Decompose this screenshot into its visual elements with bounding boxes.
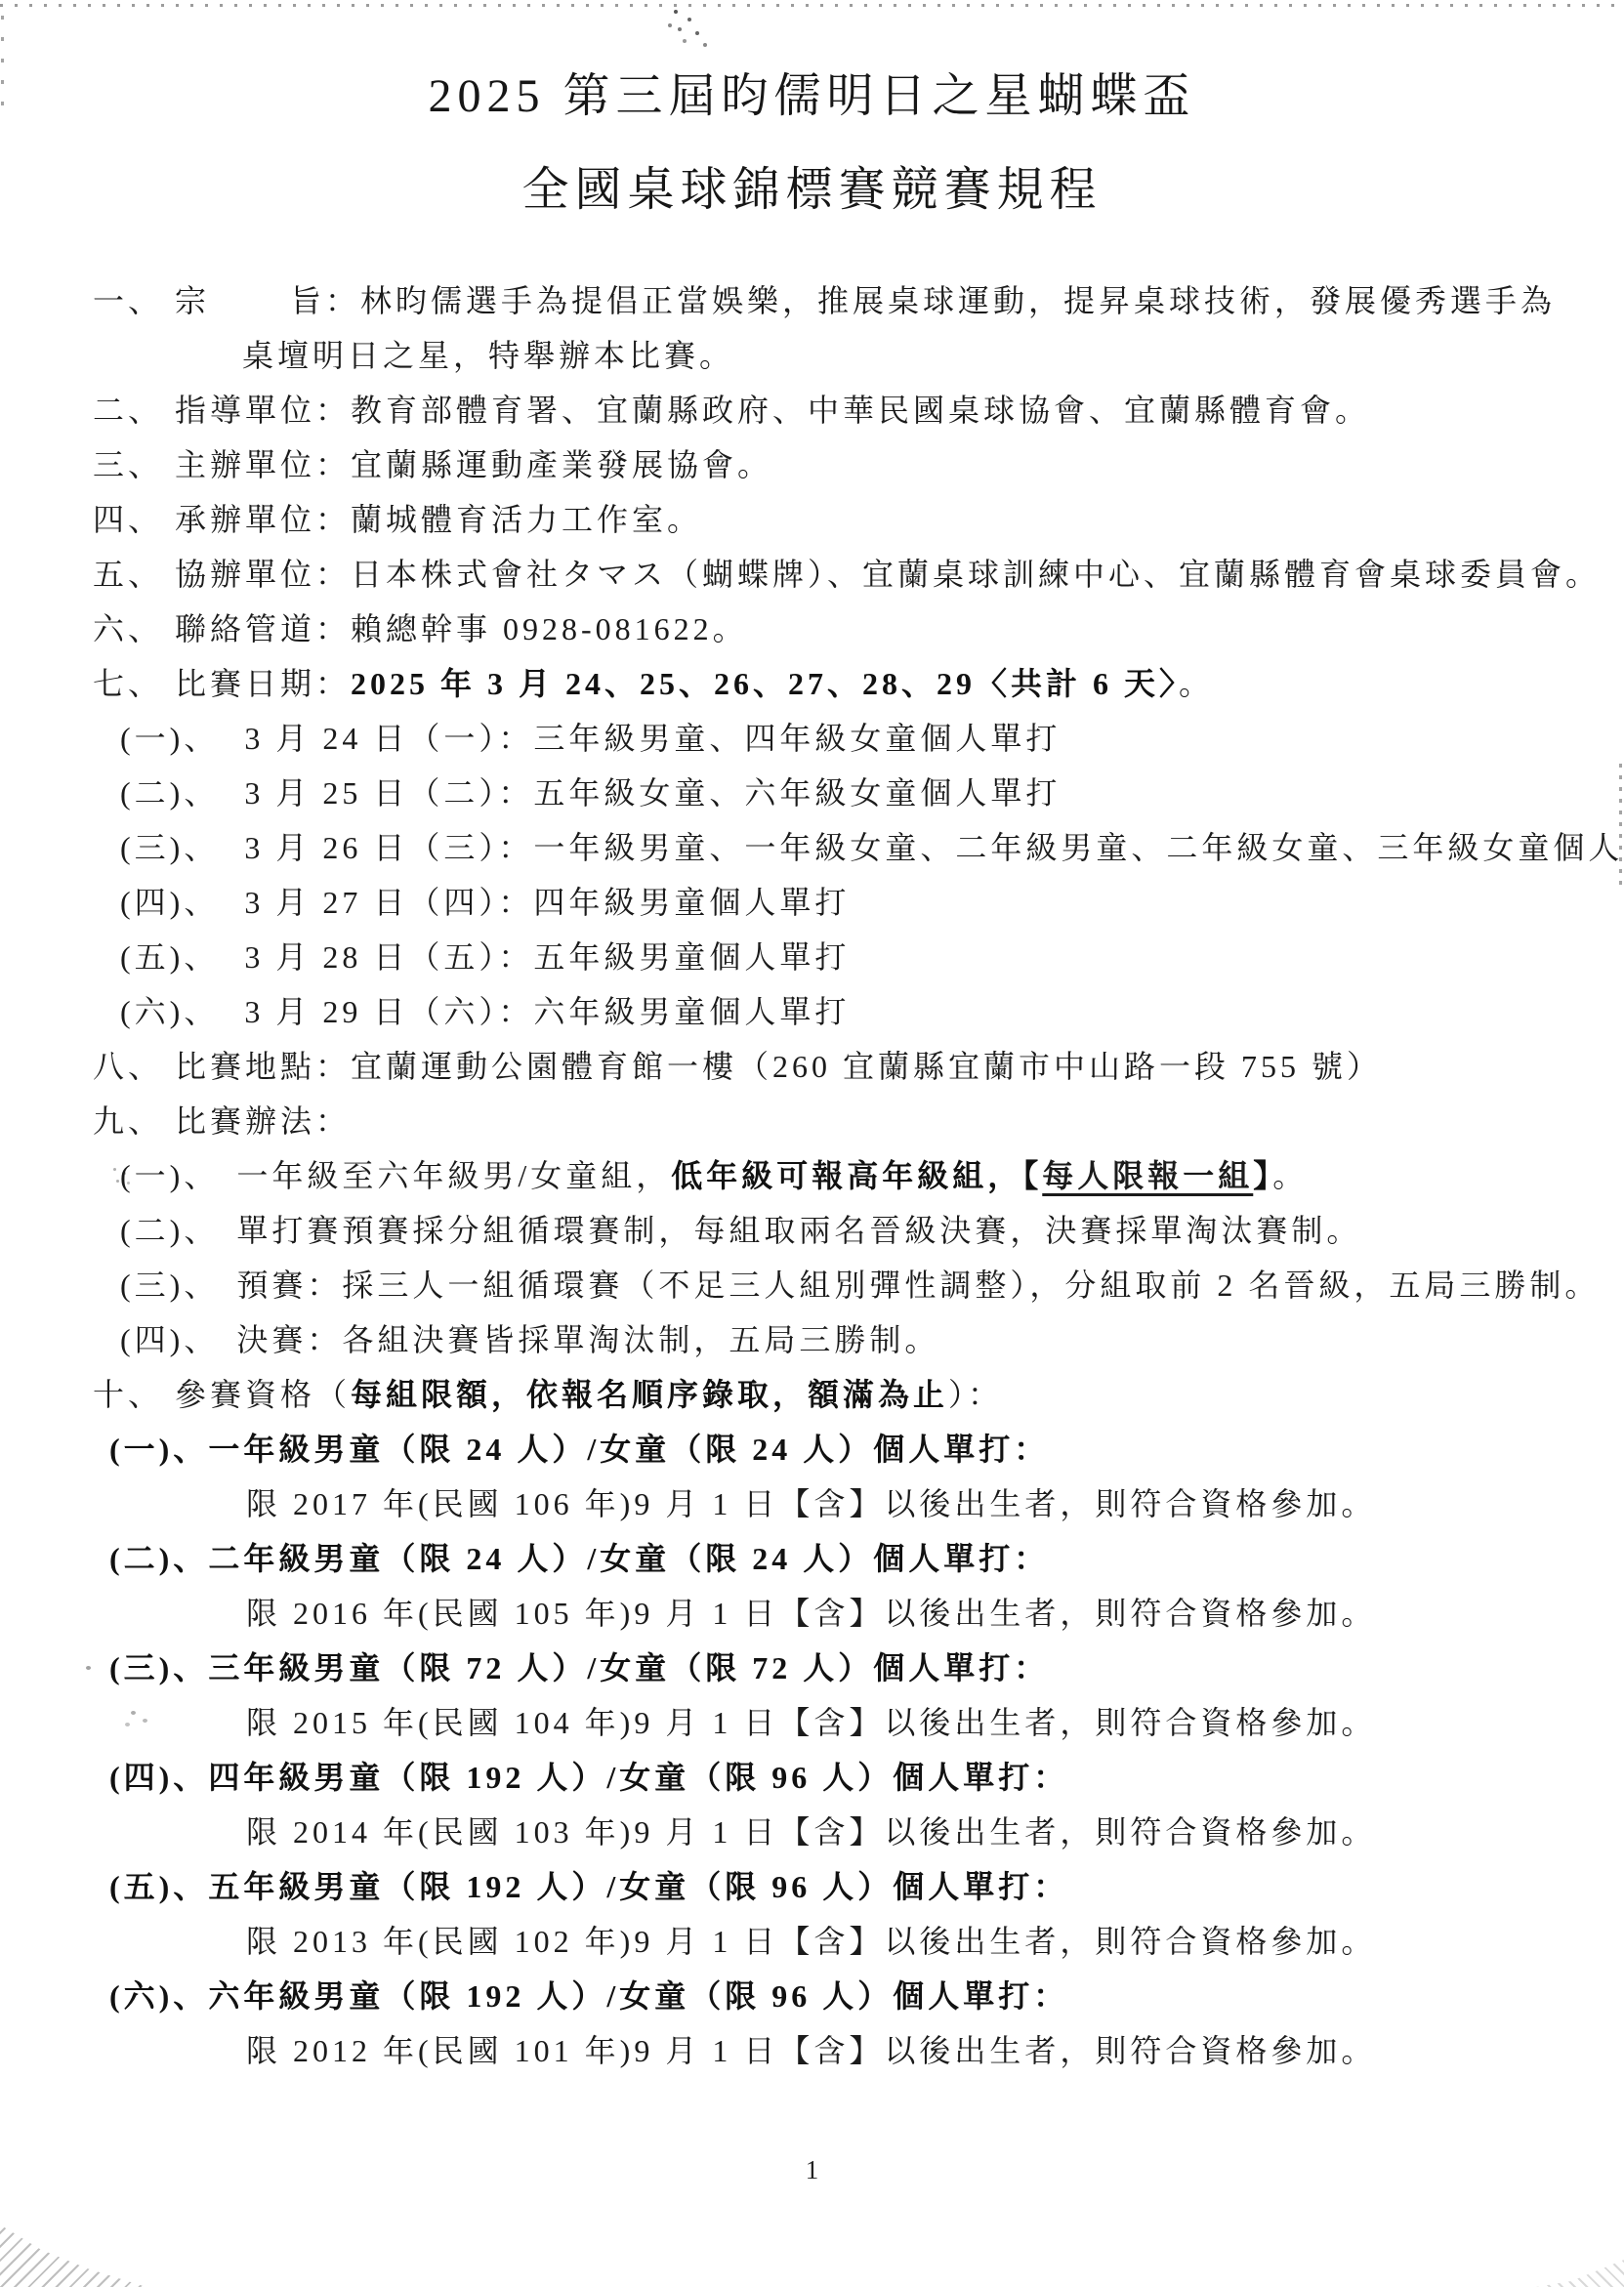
eligibility-group-4-heading: (四)、四年級男童（限 192 人）/女童（限 96 人）個人單打： <box>109 1750 1624 1805</box>
purpose-text-line2: 桌壇明日之星，特舉辦本比賽。 <box>242 338 734 373</box>
rules-item-1-bold: 低年級可報高年級組， <box>671 1158 1022 1193</box>
section-10-pre: 參賽資格（ <box>175 1377 351 1412</box>
section-8-venue: 八、比賽地點：宜蘭運動公園體育館一樓（260 宜蘭縣宜蘭市中山路一段 755 號… <box>93 1039 1624 1094</box>
purpose-text-line1: 林昀儒選手為提倡正當娛樂，推展桌球運動，提昇桌球技術，發展優秀選手為 <box>360 283 1556 318</box>
schedule-item-6-text: 3 月 29 日（六）：六年級男童個人單打 <box>244 994 850 1029</box>
eligibility-group-4-detail: 限 2014 年(民國 103 年)9 月 1 日【含】以後出生者，則符合資格參… <box>246 1805 1624 1859</box>
section-4-organizer-unit: 四、承辦單位：蘭城體育活力工作室。 <box>93 492 1624 547</box>
purpose-label-left: 宗 <box>175 283 210 318</box>
rules-item-1-pre: 一年級至六年級男/女童組， <box>236 1158 671 1193</box>
rules-item-3: (三)、預賽：採三人一組循環賽（不足三人組別彈性調整），分組取前 2 名晉級，五… <box>120 1258 1624 1312</box>
section-7-suffix: 。 <box>1179 666 1214 701</box>
section-5-text: 協辦單位：日本株式會社タマス（蝴蝶牌）、宜蘭桌球訓練中心、宜蘭縣體育會桌球委員會… <box>175 557 1601 592</box>
eligibility-group-6-heading: (六)、六年級男童（限 192 人）/女童（限 96 人）個人單打： <box>109 1969 1624 2023</box>
section-8-number: 八、 <box>93 1049 163 1084</box>
page-number: 1 <box>0 2155 1624 2185</box>
rules-item-1-underlined: 每人限報一組 <box>1042 1158 1253 1193</box>
schedule-item-2-number: (二)、 <box>120 775 219 811</box>
schedule-item-5-text: 3 月 28 日（五）：五年級男童個人單打 <box>244 939 850 975</box>
section-4-text: 承辦單位：蘭城體育活力工作室。 <box>175 502 702 537</box>
section-2-text: 指導單位：教育部體育署、宜蘭縣政府、中華民國桌球協會、宜蘭縣體育會。 <box>175 393 1370 428</box>
eligibility-group-4-detail-text: 限 2014 年(民國 103 年)9 月 1 日【含】以後出生者，則符合資格參… <box>246 1814 1376 1850</box>
scan-artifact-bottom-right-hatch <box>1536 2248 1624 2287</box>
section-6-number: 六、 <box>93 611 163 646</box>
scan-artifact-speck-cluster <box>674 10 678 14</box>
eligibility-group-1-heading: (一)、一年級男童（限 24 人）/女童（限 24 人）個人單打： <box>109 1422 1624 1476</box>
schedule-item-3: (三)、3 月 26 日（三）：一年級男童、一年級女童、二年級男童、二年級女童、… <box>120 820 1624 875</box>
section-3-number: 三、 <box>93 447 163 482</box>
section-5-coorganizer-unit: 五、協辦單位：日本株式會社タマス（蝴蝶牌）、宜蘭桌球訓練中心、宜蘭縣體育會桌球委… <box>93 547 1624 602</box>
schedule-item-1: (一)、3 月 24 日（一）：三年級男童、四年級女童個人單打 <box>120 711 1624 766</box>
rules-item-2-number: (二)、 <box>120 1213 219 1248</box>
eligibility-group-1-detail-text: 限 2017 年(民國 106 年)9 月 1 日【含】以後出生者，則符合資格參… <box>246 1486 1376 1521</box>
rules-item-3-text: 預賽：採三人一組循環賽（不足三人組別彈性調整），分組取前 2 名晉級，五局三勝制… <box>236 1268 1600 1303</box>
document-title-line1: 2025 第三屆昀儒明日之星蝴蝶盃 <box>0 66 1624 127</box>
schedule-item-4: (四)、3 月 27 日（四）：四年級男童個人單打 <box>120 875 1624 930</box>
rules-item-4-number: (四)、 <box>120 1322 219 1357</box>
schedule-item-1-number: (一)、 <box>120 721 219 756</box>
rules-item-1-number: (一)、 <box>120 1158 219 1193</box>
schedule-item-5-number: (五)、 <box>120 939 219 975</box>
section-9-rules-header: 九、比賽辦法： <box>93 1094 1624 1148</box>
schedule-item-6-number: (六)、 <box>120 994 219 1029</box>
eligibility-group-6-detail: 限 2012 年(民國 101 年)9 月 1 日【含】以後出生者，則符合資格參… <box>246 2023 1624 2078</box>
schedule-item-2-text: 3 月 25 日（二）：五年級女童、六年級女童個人單打 <box>244 775 1061 811</box>
schedule-item-5: (五)、3 月 28 日（五）：五年級男童個人單打 <box>120 930 1624 984</box>
section-1-purpose-line1: 一、宗旨：林昀儒選手為提倡正當娛樂，推展桌球運動，提昇桌球技術，發展優秀選手為 <box>93 273 1624 328</box>
eligibility-group-1-heading-text: (一)、一年級男童（限 24 人）/女童（限 24 人）個人單打： <box>109 1432 1049 1467</box>
eligibility-group-1-detail: 限 2017 年(民國 106 年)9 月 1 日【含】以後出生者，則符合資格參… <box>246 1476 1624 1531</box>
eligibility-group-3-detail: 限 2015 年(民國 104 年)9 月 1 日【含】以後出生者，則符合資格參… <box>246 1695 1624 1750</box>
rules-item-2-text: 單打賽預賽採分組循環賽制，每組取兩名晉級決賽，決賽採單淘汰賽制。 <box>236 1213 1361 1248</box>
eligibility-group-3-detail-text: 限 2015 年(民國 104 年)9 月 1 日【含】以後出生者，則符合資格參… <box>246 1705 1376 1740</box>
section-7-number: 七、 <box>93 666 163 701</box>
section-7-dates: 2025 年 3 月 24、25、26、27、28、29〈共計 6 天〉 <box>351 666 1179 701</box>
schedule-item-4-number: (四)、 <box>120 885 219 920</box>
section-6-text: 聯絡管道：賴總幹事 0928-081622。 <box>175 611 748 646</box>
eligibility-group-2-detail: 限 2016 年(民國 105 年)9 月 1 日【含】以後出生者，則符合資格參… <box>246 1586 1624 1641</box>
eligibility-group-5-heading: (五)、五年級男童（限 192 人）/女童（限 96 人）個人單打： <box>109 1859 1624 1914</box>
section-8-text: 比賽地點：宜蘭運動公園體育館一樓（260 宜蘭縣宜蘭市中山路一段 755 號） <box>175 1049 1382 1084</box>
eligibility-group-5-detail: 限 2013 年(民國 102 年)9 月 1 日【含】以後出生者，則符合資格參… <box>246 1914 1624 1969</box>
section-3-host-unit: 三、主辦單位：宜蘭縣運動產業發展協會。 <box>93 437 1624 492</box>
section-10-number: 十、 <box>93 1377 163 1412</box>
document-header: 2025 第三屆昀儒明日之星蝴蝶盃 全國桌球錦標賽競賽規程 <box>0 66 1624 254</box>
section-10-eligibility-header: 十、參賽資格（每組限額，依報名順序錄取，額滿為止）： <box>93 1367 1624 1422</box>
document-body: 一、宗旨：林昀儒選手為提倡正當娛樂，推展桌球運動，提昇桌球技術，發展優秀選手為 … <box>0 273 1624 2078</box>
section-1-number: 一、 <box>93 283 163 318</box>
section-9-number: 九、 <box>93 1103 163 1139</box>
eligibility-group-2-detail-text: 限 2016 年(民國 105 年)9 月 1 日【含】以後出生者，則符合資格參… <box>246 1596 1376 1631</box>
eligibility-group-4-heading-text: (四)、四年級男童（限 192 人）/女童（限 96 人）個人單打： <box>109 1760 1068 1795</box>
rules-item-1: (一)、一年級至六年級男/女童組，低年級可報高年級組，【每人限報一組】。 <box>120 1148 1624 1203</box>
section-6-contact: 六、聯絡管道：賴總幹事 0928-081622。 <box>93 602 1624 656</box>
eligibility-group-2-heading-text: (二)、二年級男童（限 24 人）/女童（限 24 人）個人單打： <box>109 1541 1049 1576</box>
document-title-line2: 全國桌球錦標賽競賽規程 <box>0 160 1624 221</box>
schedule-item-3-number: (三)、 <box>120 830 219 865</box>
schedule-item-6: (六)、3 月 29 日（六）：六年級男童個人單打 <box>120 984 1624 1039</box>
section-10-bold: 每組限額，依報名順序錄取，額滿為止 <box>351 1377 948 1412</box>
section-2-guidance-unit: 二、指導單位：教育部體育署、宜蘭縣政府、中華民國桌球協會、宜蘭縣體育會。 <box>93 383 1624 437</box>
rules-item-3-number: (三)、 <box>120 1268 219 1303</box>
rules-item-4: (四)、決賽：各組決賽皆採單淘汰制，五局三勝制。 <box>120 1312 1624 1367</box>
scanned-document-page: 2025 第三屆昀儒明日之星蝴蝶盃 全國桌球錦標賽競賽規程 一、宗旨：林昀儒選手… <box>0 0 1624 2287</box>
section-4-number: 四、 <box>93 502 163 537</box>
section-1-purpose-line2: 桌壇明日之星，特舉辦本比賽。 <box>242 328 1624 383</box>
eligibility-group-2-heading: (二)、二年級男童（限 24 人）/女童（限 24 人）個人單打： <box>109 1531 1624 1586</box>
rules-item-1-bracket-open: 【 <box>1022 1158 1042 1193</box>
section-3-text: 主辦單位：宜蘭縣運動產業發展協會。 <box>175 447 772 482</box>
eligibility-group-3-heading: (三)、三年級男童（限 72 人）/女童（限 72 人）個人單打： <box>109 1641 1624 1695</box>
rules-item-4-text: 決賽：各組決賽皆採單淘汰制，五局三勝制。 <box>236 1322 939 1357</box>
section-2-number: 二、 <box>93 393 163 428</box>
eligibility-group-3-heading-text: (三)、三年級男童（限 72 人）/女童（限 72 人）個人單打： <box>109 1650 1049 1685</box>
rules-item-1-suffix: 。 <box>1272 1158 1308 1193</box>
scan-artifact-top-dotted-line <box>0 4 1624 7</box>
scan-artifact-bottom-left-hatch <box>0 2204 146 2287</box>
purpose-label-right: 旨： <box>290 283 360 318</box>
schedule-item-1-text: 3 月 24 日（一）：三年級男童、四年級女童個人單打 <box>244 721 1061 756</box>
eligibility-group-6-heading-text: (六)、六年級男童（限 192 人）/女童（限 96 人）個人單打： <box>109 1978 1068 2014</box>
section-5-number: 五、 <box>93 557 163 592</box>
eligibility-group-5-heading-text: (五)、五年級男童（限 192 人）/女童（限 96 人）個人單打： <box>109 1869 1068 1904</box>
eligibility-group-6-detail-text: 限 2012 年(民國 101 年)9 月 1 日【含】以後出生者，則符合資格參… <box>246 2033 1376 2068</box>
eligibility-group-5-detail-text: 限 2013 年(民國 102 年)9 月 1 日【含】以後出生者，則符合資格參… <box>246 1924 1376 1959</box>
section-10-suffix: ）： <box>948 1377 1003 1412</box>
schedule-item-3-text: 3 月 26 日（三）：一年級男童、一年級女童、二年級男童、二年級女童、三年級女… <box>244 830 1624 865</box>
section-7-label: 比賽日期： <box>175 666 351 701</box>
schedule-item-4-text: 3 月 27 日（四）：四年級男童個人單打 <box>244 885 850 920</box>
rules-item-2: (二)、單打賽預賽採分組循環賽制，每組取兩名晉級決賽，決賽採單淘汰賽制。 <box>120 1203 1624 1258</box>
schedule-item-2: (二)、3 月 25 日（二）：五年級女童、六年級女童個人單打 <box>120 766 1624 820</box>
section-9-label: 比賽辦法： <box>175 1103 351 1139</box>
rules-item-1-bracket-close: 】 <box>1253 1158 1272 1193</box>
section-7-dates-header: 七、比賽日期：2025 年 3 月 24、25、26、27、28、29〈共計 6… <box>93 656 1624 711</box>
